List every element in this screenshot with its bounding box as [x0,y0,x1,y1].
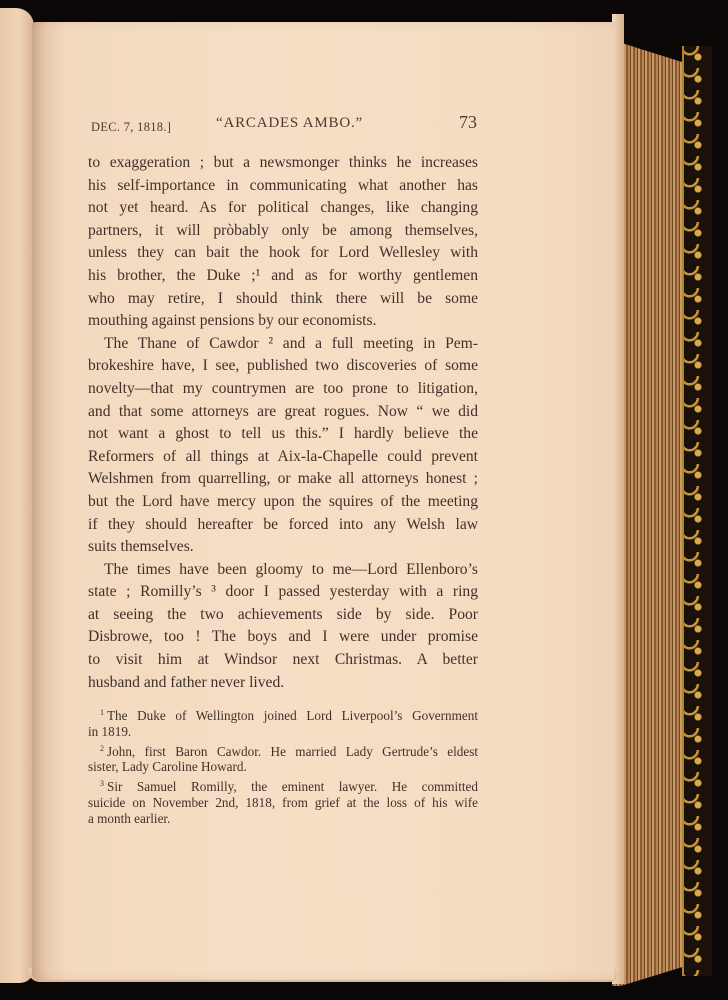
text-line: state ; Romilly’s ³ door I passed yester… [88,581,478,604]
footnotes: 1The Duke of Wellington joined Lord Live… [88,708,478,827]
text-line: to exaggeration ; but a newsmonger think… [88,152,478,175]
running-head-title: “ARCADES AMBO.” [216,115,363,132]
text-line: suits themselves. [88,536,478,559]
footnote-text: Sir Samuel Romilly, the eminent lawyer. … [107,779,478,794]
book-photograph: DEC. 7, 1818.] “ARCADES AMBO.” 73 to exa… [0,0,728,1000]
body-text: to exaggeration ; but a newsmonger think… [88,152,478,694]
footnote-line: in 1819. [88,724,478,740]
text-line: and that some attorneys are great rogues… [88,401,478,424]
text-line: who may retire, I should think there wil… [88,288,478,311]
text-line: unless they can bait the hook for Lord W… [88,242,478,265]
footnote-2: 2John, first Baron Cawdor. He married La… [88,744,478,776]
footnote-line: sister, Lady Caroline Howard. [88,759,478,775]
footnote-marker: 1 [100,708,104,717]
footnote-1: 1The Duke of Wellington joined Lord Live… [88,708,478,740]
footnote-line: 1The Duke of Wellington joined Lord Live… [88,708,478,724]
footnote-line: 2John, first Baron Cawdor. He married La… [88,744,478,760]
footnote-marker: 3 [100,779,104,788]
text-line: The Thane of Cawdor ² and a full meeting… [88,333,478,356]
text-line: mouthing against pensions by our economi… [88,310,478,333]
paragraph-2: The Thane of Cawdor ² and a full meeting… [88,333,478,559]
tooled-leather-cover [682,46,712,976]
running-head: DEC. 7, 1818.] “ARCADES AMBO.” 73 [91,112,477,138]
footnote-text: John, first Baron Cawdor. He married Lad… [107,744,478,759]
footnote-line: a month earlier. [88,811,478,827]
text-line: his self-importance in communicating wha… [88,175,478,198]
text-line: partners, it will pròbably only be among… [88,220,478,243]
text-line: but the Lord have mercy upon the squires… [88,491,478,514]
text-line: Disbrowe, too ! The boys and I were unde… [88,626,478,649]
footnote-marker: 2 [100,744,104,753]
text-line: at seeing the two achievements side by s… [88,604,478,627]
text-line: his brother, the Duke ;¹ and as for wort… [88,265,478,288]
text-line: brokeshire have, I see, published two di… [88,355,478,378]
text-line: Reformers of all things at Aix-la-Chapel… [88,446,478,469]
footnote-3: 3Sir Samuel Romilly, the eminent lawyer.… [88,779,478,826]
text-line: if they should hereafter be forced into … [88,514,478,537]
paragraph-3: The times have been gloomy to me—Lord El… [88,559,478,695]
footnote-text: The Duke of Wellington joined Lord Liver… [107,708,478,723]
paragraph-1: to exaggeration ; but a newsmonger think… [88,152,478,333]
page-number: 73 [459,112,477,133]
text-line: husband and father never lived. [88,672,478,695]
text-line: not yet heard. As for political changes,… [88,197,478,220]
running-head-date: DEC. 7, 1818.] [91,120,171,135]
text-line: Welshmen from quarrelling, or make all a… [88,468,478,491]
text-line: novelty—that my countrymen are too prone… [88,378,478,401]
footnote-line: 3Sir Samuel Romilly, the eminent lawyer.… [88,779,478,795]
previous-page-edge [0,8,34,983]
text-line: not want a ghost to tell us this.” I har… [88,423,478,446]
footnote-line: suicide on November 2nd, 1818, from grie… [88,795,478,811]
text-line: The times have been gloomy to me—Lord El… [88,559,478,582]
text-line: to visit him at Windsor next Christmas. … [88,649,478,672]
